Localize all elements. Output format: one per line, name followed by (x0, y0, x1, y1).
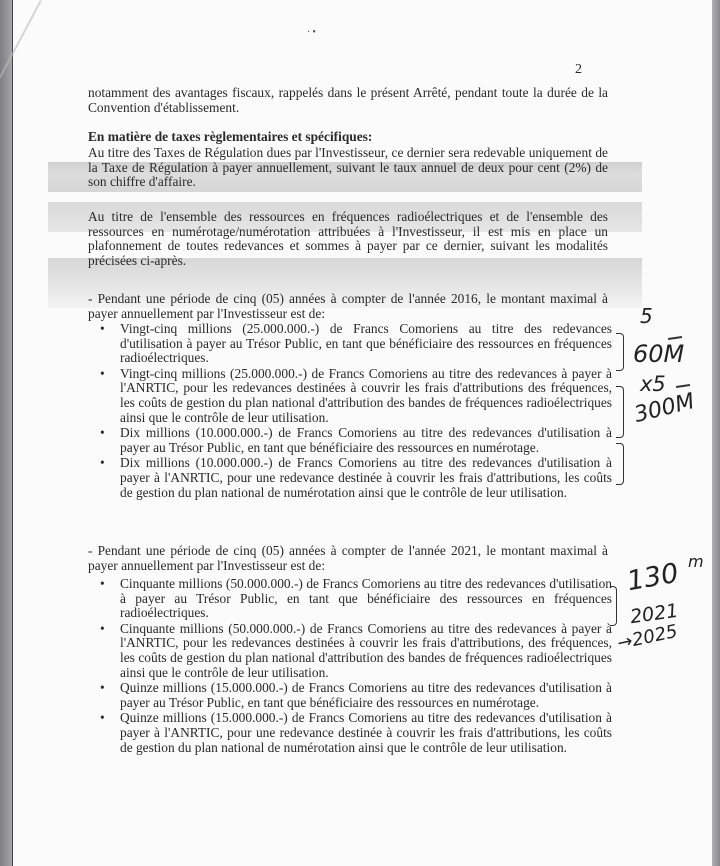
scan-left-edge (0, 0, 12, 866)
handwritten-note: x5 (640, 372, 666, 396)
handwritten-note: m (688, 552, 704, 571)
section-heading: En matière de taxes règlementaires et sp… (88, 130, 608, 145)
bullet-icon: • (100, 367, 105, 382)
bullet-icon: • (100, 622, 105, 637)
list-item: •Dix millions (10.000.000.-) de Francs C… (88, 456, 612, 500)
resources-cap-paragraph: Au titre de l'ensemble des ressources en… (88, 210, 608, 268)
regulation-tax-paragraph: Au titre des Taxes de Régulation dues pa… (88, 146, 608, 190)
bullet-icon: • (100, 681, 105, 696)
handwritten-bracket (616, 386, 624, 438)
list-item: •Vingt-cinq millions (25.000.000.-) de F… (88, 367, 612, 425)
intro-paragraph: notamment des avantages fiscaux, rappelé… (88, 86, 608, 115)
bullet-icon: • (100, 322, 105, 337)
list-item: •Cinquante millions (50.000.000.-) de Fr… (88, 622, 612, 680)
handwritten-note: 60M (633, 340, 684, 368)
scan-artifact-dots: ·• (307, 27, 318, 38)
scan-right-edge (712, 0, 720, 866)
bullet-icon: • (100, 426, 105, 441)
list-item: •Quinze millions (15.000.000.-) de Franc… (88, 681, 612, 710)
period-2021-intro: - Pendant une période de cinq (05) année… (88, 544, 608, 573)
handwritten-note: 5 (640, 304, 653, 328)
bullet-icon: • (100, 711, 105, 726)
handwritten-bracket (610, 586, 617, 626)
bullet-icon: • (100, 577, 105, 592)
period-2016-list: •Vingt-cinq millions (25.000.000.-) de F… (88, 322, 612, 500)
list-item: •Dix millions (10.000.000.-) de Francs C… (88, 426, 612, 455)
bullet-icon: • (100, 456, 105, 471)
handwritten-bracket (616, 333, 624, 371)
list-item: •Cinquante millions (50.000.000.-) de Fr… (88, 577, 612, 621)
list-item: •Vingt-cinq millions (25.000.000.-) de F… (88, 322, 612, 366)
handwritten-bracket (616, 443, 624, 485)
period-2021-list: •Cinquante millions (50.000.000.-) de Fr… (88, 577, 612, 755)
list-item: •Quinze millions (15.000.000.-) de Franc… (88, 711, 612, 755)
period-2016-intro: - Pendant une période de cinq (05) année… (88, 292, 608, 321)
page-number: 2 (575, 62, 582, 78)
